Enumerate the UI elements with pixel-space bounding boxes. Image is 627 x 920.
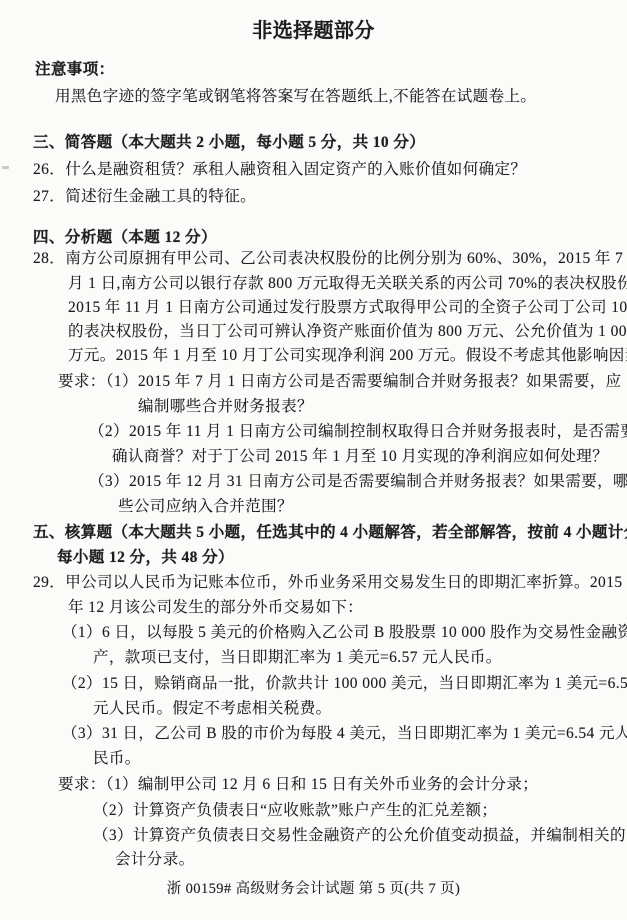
- q29-req3-line1: （3）计算资产负债表日交易性金融资产的公允价值变动损益，并编制相关的: [93, 827, 626, 845]
- q28-line2: 月 1 日,南方公司以银行存款 800 万元取得无关联关系的丙公司 70%的表决…: [68, 275, 627, 293]
- section4-header: 四、分析题（本题 12 分）: [33, 229, 217, 247]
- q28-line3: 2015 年 11 月 1 日南方公司通过发行股票方式取得甲公司的全资子公司丁公…: [68, 299, 627, 317]
- section5-header-line1: 五、核算题（本大题共 5 小题，任选其中的 4 小题解答，若全部解答，按前 4 …: [33, 524, 627, 542]
- q28-req1-line2: 编制哪些合并财务报表？: [138, 398, 313, 416]
- q29-item3-line2: 民币。: [93, 750, 141, 768]
- q28-req2-line1: （2）2015 年 11 月 1 日南方公司编制控制权取得日合并财务报表时，是否…: [89, 423, 627, 441]
- q29-req2: （2）计算资产负债表日“应收账款”账户产生的汇兑差额；: [93, 802, 497, 820]
- q27-text: 27．简述衍生金融工具的特征。: [33, 188, 256, 206]
- q28-req1-line1: 要求：（1）2015 年 7 月 1 日南方公司是否需要编制合并财务报表？如果需…: [58, 373, 622, 391]
- q29-item1-line2: 产，款项已支付，当日即期汇率为 1 美元=6.57 元人民币。: [93, 649, 502, 667]
- page-title: 非选择题部分: [0, 20, 627, 43]
- q28-line1: 28．南方公司原拥有甲公司、乙公司表决权股份的比例分别为 60%、30%，201…: [33, 250, 623, 268]
- exam-paper-page: 非选择题部分注意事项：用黑色字迹的签字笔或钢笔将答案写在答题纸上,不能答在试题卷…: [0, 0, 627, 920]
- q29-req1: 要求：（1）编制甲公司 12 月 6 日和 15 日有关外币业务的会计分录；: [58, 776, 538, 794]
- q28-req3-line2: 些公司应纳入合并范围？: [118, 498, 293, 516]
- q29-item3-line1: （3）31 日，乙公司 B 股的市价为每股 4 美元，当日即期汇率为 1 美元=…: [62, 725, 627, 743]
- q28-line4: 的表决权股份，当日丁公司可辨认净资产账面价值为 800 万元、公允价值为 1 0…: [68, 323, 627, 341]
- q29-line1: 29．甲公司以人民币为记账本位币，外币业务采用交易发生日的即期汇率折算。2015: [33, 574, 623, 592]
- q28-line5: 万元。2015 年 1 月至 10 月丁公司实现净利润 200 万元。假设不考虑…: [68, 347, 627, 365]
- notice-label: 注意事项：: [35, 61, 115, 79]
- q29-item2-line2: 元人民币。假定不考虑相关税费。: [93, 700, 332, 718]
- q28-req3-line1: （3）2015 年 12 月 31 日南方公司是否需要编制合并财务报表？如果需要…: [89, 473, 627, 491]
- q28-req2-line2: 确认商誉？对于丁公司 2015 年 1 月至 10 月实现的净利润应如何处理？: [112, 448, 608, 466]
- q29-req3-line2: 会计分录。: [115, 851, 195, 869]
- q26-text: 26．什么是融资租赁？承租人融资租入固定资产的入账价值如何确定？: [33, 161, 526, 179]
- page-footer: 浙 00159# 高级财务会计试题 第 5 页(共 7 页): [0, 881, 627, 898]
- notice-text: 用黑色字迹的签字笔或钢笔将答案写在答题纸上,不能答在试题卷上。: [55, 88, 536, 106]
- q29-item1-line1: （1）6 日，以每股 5 美元的价格购入乙公司 B 股股票 10 000 股作为…: [62, 624, 627, 642]
- scan-artifact-mark: [2, 166, 9, 169]
- q29-item2-line1: （2）15 日，赊销商品一批，价款共计 100 000 美元，当日即期汇率为 1…: [62, 675, 627, 693]
- q29-line2: 年 12 月该公司发生的部分外币交易如下：: [68, 599, 363, 617]
- section5-header-line2: 每小题 12 分，共 48 分）: [57, 549, 234, 567]
- section3-header: 三、简答题（本大题共 2 小题，每小题 5 分，共 10 分）: [33, 134, 425, 152]
